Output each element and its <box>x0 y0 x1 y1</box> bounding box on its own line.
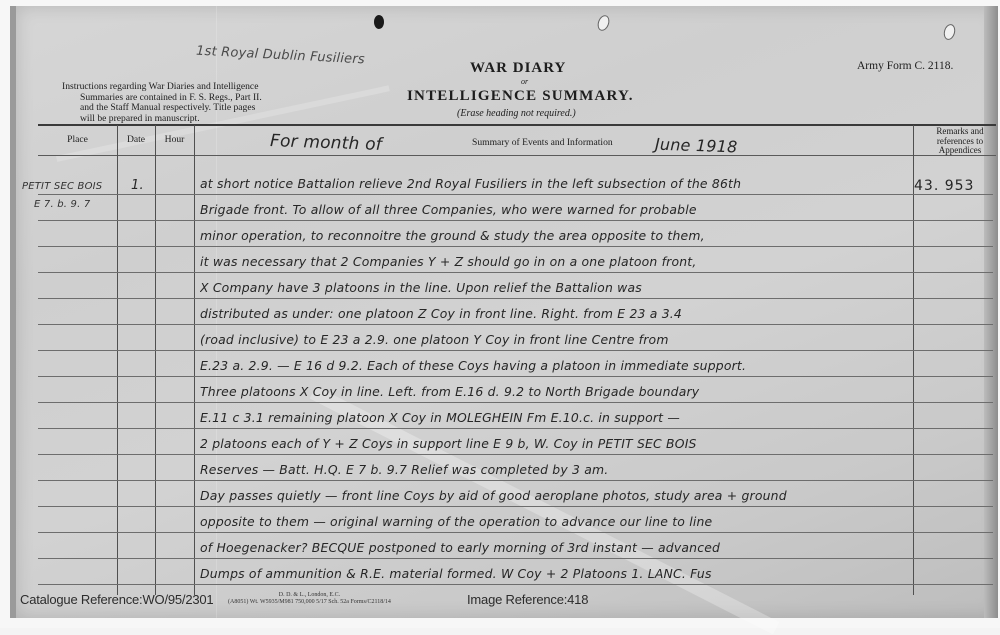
printer-line: (A8051) Wt. W5935/M981 750,000 5/17 Sch.… <box>228 599 391 606</box>
ruled-line <box>38 506 993 507</box>
ruled-line <box>38 402 993 403</box>
instructions-line: Instructions regarding War Diaries and I… <box>62 82 262 93</box>
remarks-cell: 43. 953 <box>914 178 974 194</box>
title-intelligence-summary: INTELLIGENCE SUMMARY. <box>407 88 634 105</box>
instructions-line: will be prepared in manuscript. <box>62 114 262 125</box>
entry-line: E.11 c 3.1 remaining platoon X Coy in MO… <box>200 410 910 425</box>
ruled-line <box>38 454 993 455</box>
ruled-line <box>38 220 993 221</box>
entry-line: X Company have 3 platoons in the line. U… <box>200 280 910 295</box>
column-header-date: Date <box>117 134 155 145</box>
entry-line: 2 platoons each of Y + Z Coys in support… <box>200 436 910 451</box>
ruled-line <box>38 194 993 195</box>
column-divider <box>194 125 195 595</box>
entry-line: (road inclusive) to E 23 a 2.9. one plat… <box>200 332 910 347</box>
title-or: or <box>521 77 528 86</box>
table-top-rule <box>38 124 996 126</box>
entry-line: opposite to them — original warning of t… <box>200 514 910 529</box>
column-header-summary: Summary of Events and Information <box>472 137 613 148</box>
place-grid-ref: E 7. b. 9. 7 <box>22 196 102 214</box>
form-number: Army Form C. 2118. <box>857 60 953 72</box>
entry-line: of Hoegenacker? BECQUE postponed to earl… <box>200 540 910 555</box>
place-cell: PETIT SEC BOIS E 7. b. 9. 7 <box>22 178 102 214</box>
printer-imprint: D. D. & L., London, E.C. (A8051) Wt. W59… <box>228 592 391 606</box>
month-value: June 1918 <box>655 135 738 157</box>
punch-hole <box>374 15 384 29</box>
place-name: PETIT SEC BOIS <box>22 178 102 196</box>
column-divider <box>913 125 914 595</box>
entry-line: distributed as under: one platoon Z Coy … <box>200 306 910 321</box>
entry-line: Brigade front. To allow of all three Com… <box>200 202 910 217</box>
instructions-block: Instructions regarding War Diaries and I… <box>62 82 262 124</box>
printer-line: D. D. & L., London, E.C. <box>228 592 391 599</box>
entry-line: minor operation, to reconnoitre the grou… <box>200 228 910 243</box>
document-page: 1st Royal Dublin Fusiliers Instructions … <box>0 0 1000 628</box>
image-reference: Image Reference:418 <box>467 592 588 607</box>
heading-prefix: For month of <box>270 131 383 155</box>
ruled-line <box>38 428 993 429</box>
ruled-line <box>38 350 993 351</box>
entry-line: it was necessary that 2 Companies Y + Z … <box>200 254 910 269</box>
date-cell: 1. <box>131 178 144 193</box>
ruled-line <box>38 584 993 585</box>
entry-line: at short notice Battalion relieve 2nd Ro… <box>200 176 910 191</box>
header-bottom-rule <box>38 155 996 156</box>
title-war-diary: WAR DIARY <box>470 60 566 77</box>
ruled-line <box>38 532 993 533</box>
title-note: (Erase heading not required.) <box>457 108 576 119</box>
ruled-line <box>38 298 993 299</box>
column-divider <box>155 125 156 595</box>
ruled-line <box>38 558 993 559</box>
column-header-hour: Hour <box>155 134 194 145</box>
ruled-line <box>38 376 993 377</box>
ruled-line <box>38 480 993 481</box>
column-header-remarks: Remarks and references to Appendices <box>927 127 993 156</box>
ruled-line <box>38 324 993 325</box>
column-header-place: Place <box>38 134 117 145</box>
column-divider <box>117 125 118 595</box>
entry-line: Reserves — Batt. H.Q. E 7 b. 9.7 Relief … <box>200 462 910 477</box>
catalogue-reference: Catalogue Reference:WO/95/2301 <box>20 592 213 607</box>
entry-line: Dumps of ammunition & R.E. material form… <box>200 566 910 581</box>
entry-line: Three platoons X Coy in line. Left. from… <box>200 384 910 399</box>
entry-line: E.23 a. 2.9. — E 16 d 9.2. Each of these… <box>200 358 910 373</box>
ruled-line <box>38 272 993 273</box>
ruled-line <box>38 246 993 247</box>
entry-line: Day passes quietly — front line Coys by … <box>200 488 910 503</box>
